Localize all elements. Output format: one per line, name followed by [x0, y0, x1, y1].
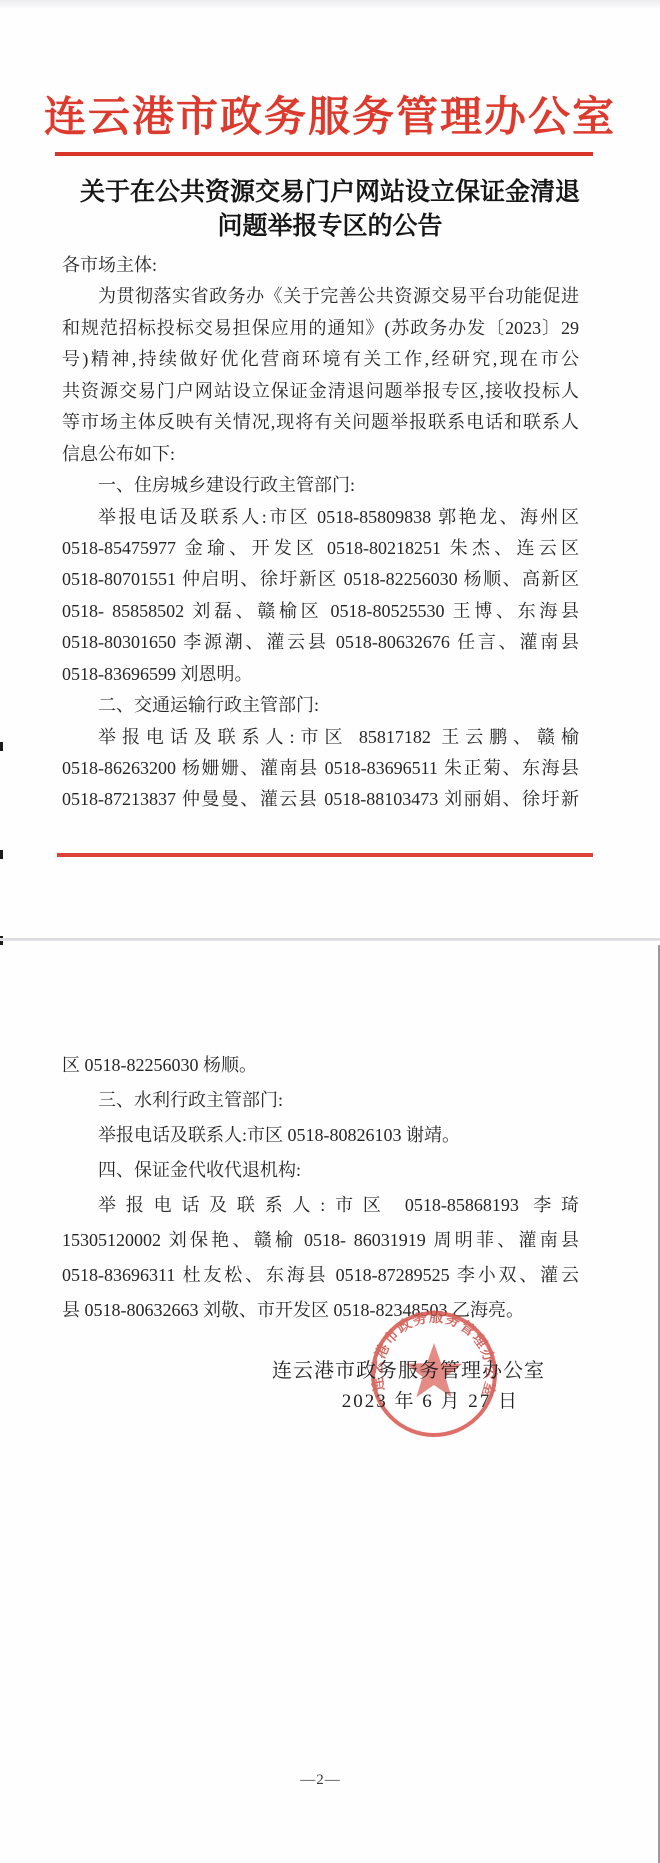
header-red-divider — [55, 152, 593, 156]
scan-edge-artifact — [0, 850, 3, 859]
document-text-line: 信息公布如下: — [62, 439, 579, 470]
document-text-line: 为贯彻落实省政务办《关于完善公共资源交易平台功能促进 — [62, 281, 579, 312]
document-text-line: 共资源交易门户网站设立保证金清退问题举报专区,接收投标人 — [62, 376, 579, 407]
document-text-line: 0518-80301650 李源潮、灌云县 0518-80632676 任言、灌… — [62, 627, 579, 658]
document-text-line: 举报电话及联系人:市区 85817182 王云鹏、赣榆 — [62, 722, 579, 753]
page-separator-line — [0, 938, 660, 941]
document-text-line: 0518- 85858502 刘磊、赣榆区 0518-80525530 王博、东… — [62, 596, 579, 627]
scan-top-edge — [0, 0, 660, 8]
document-text-line: 等市场主体反映有关情况,现将有关问题举报联系电话和联系人 — [62, 407, 579, 438]
document-text-line: 四、保证金代收代退机构: — [62, 1153, 579, 1188]
document-text-line: 号)精神,持续做好优化营商环境有关工作,经研究,现在市公 — [62, 344, 579, 375]
signature-org-name: 连云港市政务服务管理办公室 — [0, 1356, 545, 1386]
scanned-document-page: 连云港市政务服务管理办公室 关于在公共资源交易门户网站设立保证金清退 问题举报专… — [0, 0, 660, 1863]
page2-body-text: 区 0518-82256030 杨顺。三、水利行政主管部门:举报电话及联系人:市… — [62, 1048, 579, 1328]
page1-body-text: 各市场主体:为贯彻落实省政务办《关于完善公共资源交易平台功能促进和规范招标投标交… — [62, 250, 579, 816]
document-text-line: 区 0518-82256030 杨顺。 — [62, 1048, 579, 1083]
page-number: —2— — [62, 1772, 579, 1789]
document-text-line: 15305120002 刘保艳、赣榆 0518- 86031919 周明菲、灌南… — [62, 1223, 579, 1258]
page1-bottom-red-divider — [57, 853, 593, 857]
document-text-line: 0518-87213837 仲曼曼、灌云县 0518-88103473 刘丽娟、… — [62, 784, 579, 815]
document-text-line: 举报电话及联系人:市区 0518-80826103 谢靖。 — [62, 1118, 579, 1153]
document-text-line: 0518-86263200 杨姗姗、灌南县 0518-83696511 朱正菊、… — [62, 753, 579, 784]
document-text-line: 各市场主体: — [62, 250, 579, 281]
document-text-line: 一、住房城乡建设行政主管部门: — [62, 470, 579, 501]
document-header-office-name: 连云港市政务服务管理办公室 — [0, 94, 660, 142]
signature-date: 2023 年 6 月 27 日 — [0, 1386, 545, 1418]
document-text-line: 三、水利行政主管部门: — [62, 1083, 579, 1118]
document-text-line: 0518-85475977 金瑜、开发区 0518-80218251 朱杰、连云… — [62, 533, 579, 564]
document-text-line: 和规范招标投标交易担保应用的通知》(苏政务办发〔2023〕29 — [62, 313, 579, 344]
document-text-line: 举报电话及联系人:市区 0518-85868193 李琦 — [62, 1188, 579, 1223]
document-title: 关于在公共资源交易门户网站设立保证金清退 问题举报专区的公告 — [0, 176, 660, 244]
document-text-line: 举报电话及联系人:市区 0518-85809838 郭艳龙、海州区 — [62, 502, 579, 533]
document-title-line1: 关于在公共资源交易门户网站设立保证金清退 — [0, 176, 660, 210]
document-text-line: 0518-80701551 仲启明、徐圩新区 0518-82256030 杨顺、… — [62, 564, 579, 595]
document-text-line: 二、交通运输行政主管部门: — [62, 690, 579, 721]
signature-block: 连云港市政务服务管理办公室 2023 年 6 月 27 日 — [0, 1356, 545, 1418]
document-title-line2: 问题举报专区的公告 — [0, 210, 660, 244]
document-text-line: 0518-83696311 杜友松、东海县 0518-87289525 李小双、… — [62, 1258, 579, 1293]
document-text-line: 0518-83696599 刘恩明。 — [62, 659, 579, 690]
scan-edge-artifact — [0, 742, 3, 751]
